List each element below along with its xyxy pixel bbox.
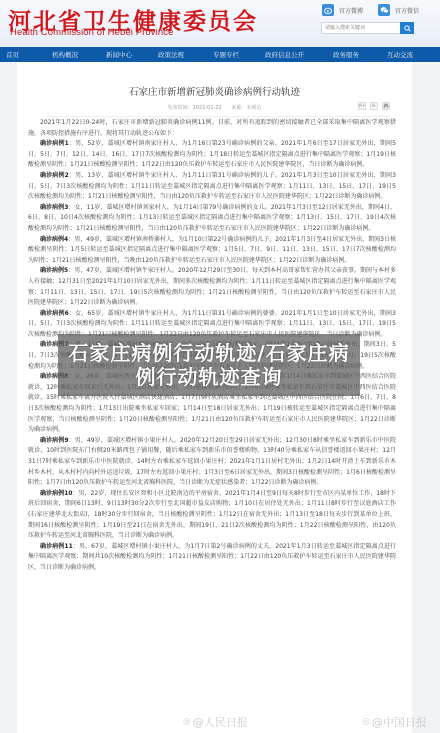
overlay-line-2: 例行动轨迹查询 (136, 365, 283, 389)
article-source: 来源：本网站 (231, 105, 261, 111)
headline-overlay-banner: 石家庄病例行动轨迹/石家庄病 例行动轨迹查询 (58, 334, 360, 396)
site-logo-subtitle: Health Commission of Hebei Province (10, 27, 173, 38)
weibo-label: 官方微博 (339, 6, 363, 15)
search-button[interactable] (400, 22, 414, 34)
case-paragraph: 确诊病例11：男，67岁，藁城区增村镇小果庄村人，为1月7日第2号确诊病例的丈夫… (28, 542, 396, 574)
wechat-icon (378, 4, 390, 16)
weibo-link[interactable]: 官方微博 (322, 4, 363, 16)
watermark-left: ◎ @人民日报 (183, 714, 248, 730)
case-label: 确诊病例6 (40, 310, 69, 317)
nav-item-disclosure[interactable]: 政府信息公开 (265, 50, 333, 59)
search-icon (404, 25, 411, 32)
case-label: 确诊病例4 (40, 236, 68, 243)
print-button[interactable] (382, 102, 390, 110)
article-intro: 2021年1月22日0-24时，石家庄市新增新冠肺炎确诊病例11例。目前，对所有… (28, 118, 396, 139)
nav-item-interaction[interactable]: 互动交流 (387, 50, 427, 59)
case-paragraph: 确诊病例1：男，52岁，藁城区增村镇南家庄村人，为1月16日第23号确诊病例的父… (28, 139, 396, 171)
nav-item-policy[interactable]: 政策法规 (158, 50, 213, 59)
nav-item-home[interactable]: 首页 (6, 50, 52, 59)
weibo-icon (322, 4, 334, 16)
overlay-line-1: 石家庄病例行动轨迹/石家庄病 (68, 341, 349, 365)
nav-item-services[interactable]: 政务服务 (333, 50, 387, 59)
article-title: 石家庄市新增新冠肺炎确诊病例行动轨迹 (17, 84, 412, 98)
case-paragraph: 确诊病例3：女，11岁，藁城区增村镇刘家村人，为1月14日第79号确诊病例的女儿… (28, 203, 396, 235)
case-label: 确诊病例5 (40, 267, 68, 274)
wechat-label: 官方微信 (395, 6, 419, 15)
case-label: 确诊病例1 (40, 140, 69, 147)
print-icon (383, 103, 389, 109)
case-paragraph: 确诊病例4：男，49岁，藁城区增村镇南桥寨村人，为1月10日第22号确诊病例的儿… (28, 235, 396, 267)
title-divider (47, 116, 390, 117)
search-input[interactable] (321, 22, 400, 34)
case-paragraph: 确诊病例5：男，47岁，藁城区增村镇牛家庄村人。2020年12月29日至30日，… (28, 266, 396, 308)
watermark-right: ◎ @中国日报 (362, 714, 427, 730)
font-increase-button[interactable]: A+ (358, 102, 366, 110)
case-label: 确诊病例11 (40, 543, 73, 550)
article-card: 石家庄市新增新冠肺炎确诊病例行动轨迹 发布时间：2021-01-22 来源：本网… (17, 62, 412, 733)
nav-item-news[interactable]: 新闻中心 (106, 50, 158, 59)
case-label: 确诊病例3 (40, 204, 68, 211)
case-paragraph: 确诊病例2：男，13岁，藁城区增村镇牛家庄村人，为1月11日第31号确诊病例的儿… (28, 171, 396, 203)
case-label: 确诊病例9 (40, 437, 69, 444)
publish-time: 发布时间：2021-01-22 (168, 105, 222, 111)
case-label: 确诊病例10 (40, 490, 72, 497)
weibo-watermark-icon: ◎ (362, 717, 370, 727)
case-label: 确诊病例2 (40, 172, 69, 179)
nav-item-about[interactable]: 机构概况 (52, 50, 106, 59)
nav-item-topics[interactable]: 专题专栏 (213, 50, 265, 59)
site-search (321, 22, 414, 34)
font-decrease-button[interactable]: A- (370, 102, 378, 110)
case-paragraph: 确诊病例9：男，49岁，藁城区增村镇小果庄村人。2020年12月20日至29日居… (28, 436, 396, 489)
case-paragraph: 确诊病例10：男，22岁，现住长安区智和小区北院南边的平房宿舍。2021年1月4… (28, 489, 396, 542)
wechat-link[interactable]: 官方微信 (378, 4, 419, 16)
weibo-watermark-icon: ◎ (183, 717, 191, 727)
article-meta: 发布时间：2021-01-22 来源：本网站 (17, 104, 412, 111)
main-nav: 首页 机构概况 新闻中心 政策法规 专题专栏 政府信息公开 政务服务 互动交流 (0, 47, 440, 62)
article-tools: A+ A- (358, 102, 390, 110)
site-header: 河北省卫生健康委员会 Health Commission of Hebei Pr… (0, 0, 440, 47)
